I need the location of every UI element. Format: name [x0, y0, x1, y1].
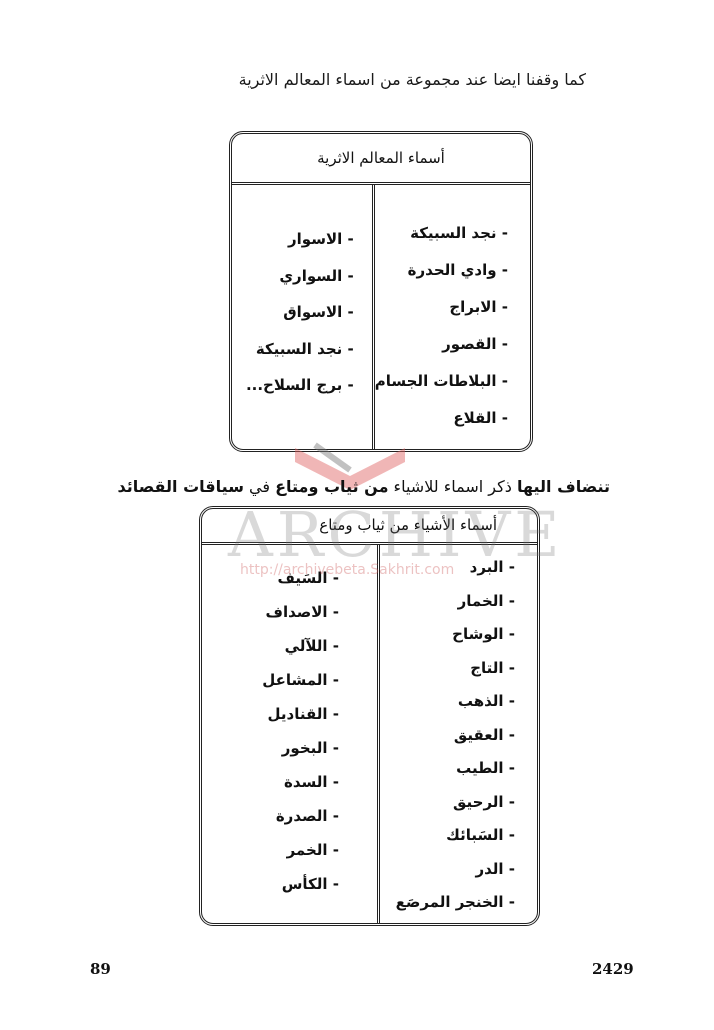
list-item: - الخمر: [202, 833, 377, 867]
page-number-right: 2429: [592, 960, 634, 978]
list-item: - البرد: [380, 551, 537, 585]
list-item: - القناديل: [202, 697, 377, 731]
list-item: - القصور: [375, 326, 530, 363]
list-item: - الرحيق: [380, 786, 537, 820]
list-item: - القلاع: [375, 400, 530, 437]
bold-phrase: سياقات القصائد: [117, 477, 243, 496]
bold-phrase: تنضاف اليها: [517, 477, 610, 496]
list-item: - الابراج: [375, 289, 530, 326]
intro-paragraph: كما وقفنا ايضا عند مجموعة من اسماء المعا…: [186, 70, 586, 89]
list-item: - اللآلي: [202, 629, 377, 663]
list-item: - نجد السبيكة: [375, 215, 530, 252]
list-item: - الاسوار: [232, 221, 372, 258]
list-item: - الخمار: [380, 585, 537, 619]
list-item: - السدة: [202, 765, 377, 799]
landmarks-table: أسماء المعالم الاثرية - نجد السبيكة - وا…: [229, 131, 533, 452]
list-item: - البلاطات الجسام: [375, 363, 530, 400]
second-paragraph: تنضاف اليها ذكر اسماء للاشياء من ثياب وم…: [90, 477, 610, 496]
list-item: - الوشاح: [380, 618, 537, 652]
objects-table-title: أسماء الأشياء من ثياب ومتاع: [202, 509, 537, 545]
bold-phrase: من ثياب ومتاع: [275, 477, 388, 496]
landmarks-left-column: - الاسوار - السواري - الاسواق - نجد السب…: [232, 185, 372, 449]
list-item: - الكأس: [202, 867, 377, 901]
list-item: - الخنجر المرصَع: [380, 886, 537, 920]
list-item: - التاج: [380, 652, 537, 686]
list-item: - برج السلاح...: [232, 367, 372, 404]
list-item: - الاصداف: [202, 595, 377, 629]
text-phrase: في: [244, 477, 275, 496]
list-item: - الطيب: [380, 752, 537, 786]
list-item: - البخور: [202, 731, 377, 765]
list-item: - السَبائك: [380, 819, 537, 853]
list-item: - نجد السبيكة: [232, 331, 372, 368]
text-phrase: ذكر اسماء للاشياء: [388, 477, 516, 496]
objects-table: أسماء الأشياء من ثياب ومتاع - البرد - ال…: [199, 506, 540, 926]
objects-right-column: - البرد - الخمار - الوشاح - التاج - الذه…: [377, 545, 537, 923]
list-item: - الذهب: [380, 685, 537, 719]
list-item: - وادي الحدرة: [375, 252, 530, 289]
list-item: - السواري: [232, 258, 372, 295]
landmarks-right-column: - نجد السبيكة - وادي الحدرة - الابراج - …: [372, 185, 530, 449]
objects-left-column: - السَيف - الاصداف - اللآلي - المشاعل - …: [202, 545, 377, 923]
list-item: - السَيف: [202, 561, 377, 595]
list-item: - الدر: [380, 853, 537, 887]
landmarks-table-title: أسماء المعالم الاثرية: [232, 134, 530, 185]
list-item: - الصدرة: [202, 799, 377, 833]
page-number-left: 89: [90, 960, 111, 978]
list-item: - المشاعل: [202, 663, 377, 697]
list-item: - العقيق: [380, 719, 537, 753]
list-item: - الاسواق: [232, 294, 372, 331]
